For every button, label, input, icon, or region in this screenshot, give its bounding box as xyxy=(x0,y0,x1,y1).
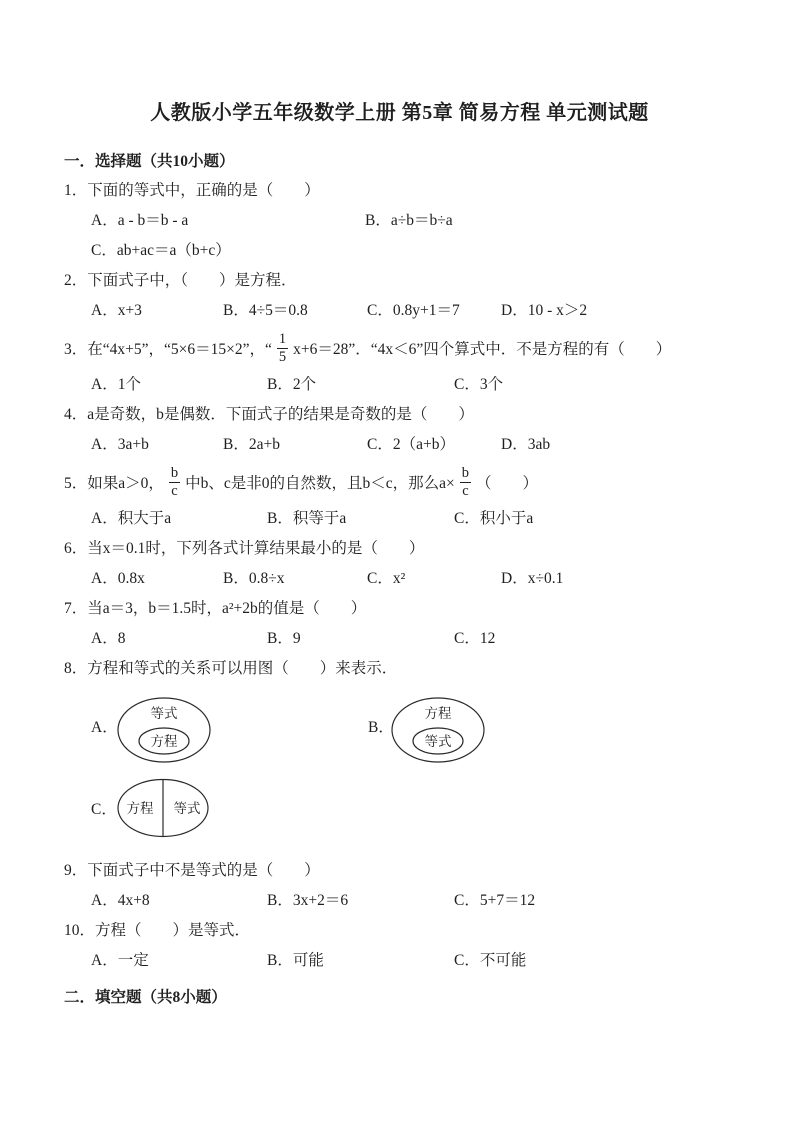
question-10-option-a: A．一定 xyxy=(91,946,149,976)
question-4-option-c: C．2（a+b） xyxy=(367,430,455,460)
outer-set-label: 等式 xyxy=(151,706,178,721)
question-5-stem: 5．如果a＞0， bc 中b、c是非0的自然数，且b＜c，那么a× bc （ ） xyxy=(64,460,735,504)
fraction-denominator: 5 xyxy=(277,348,288,366)
question-3-option-b: B．2个 xyxy=(267,370,316,400)
section-two-heading: 二．填空题（共8小题） xyxy=(64,984,735,1012)
question-3-stem-post: x+6＝28”．“4x＜6”四个算式中．不是方程的有（ ） xyxy=(293,337,671,359)
question-1-option-c: C．ab+ac＝a（b+c） xyxy=(91,236,231,266)
question-4-stem: 4．a是奇数，b是偶数．下面式子的结果是奇数的是（ ） xyxy=(64,400,735,430)
document-page: 人教版小学五年级数学上册 第5章 简易方程 单元测试题 一．选择题（共10小题）… xyxy=(0,0,793,1122)
question-5-option-a: A．积大于a xyxy=(91,504,171,534)
question-3-option-a: A．1个 xyxy=(91,370,141,400)
fraction-numerator: b xyxy=(460,465,471,482)
outer-set-label: 方程 xyxy=(425,706,452,721)
fraction-numerator: b xyxy=(169,465,180,482)
question-4-option-d: D．3ab xyxy=(501,430,550,460)
question-9-option-a: A．4x+8 xyxy=(91,886,150,916)
question-5-option-c: C．积小于a xyxy=(454,504,533,534)
question-9-stem: 9．下面式子中不是等式的是（ ） xyxy=(64,856,735,886)
question-3-stem-pre: 3．在“4x+5”，“5×6＝15×2”，“ xyxy=(64,337,272,359)
question-6-option-d: D．x÷0.1 xyxy=(501,564,563,594)
question-6-options-row: A．0.8x B．0.8÷x C．x² D．x÷0.1 xyxy=(64,564,735,594)
question-1-options-row-1: A．a - b＝b - a B．a÷b＝b÷a xyxy=(64,206,735,236)
question-1-stem: 1．下面的等式中，正确的是（ ） xyxy=(64,176,735,206)
question-4-options-row: A．3a+b B．2a+b C．2（a+b） D．3ab xyxy=(64,430,735,460)
section-one-heading: 一．选择题（共10小题） xyxy=(64,148,735,176)
fraction-denominator: c xyxy=(460,482,470,500)
question-7-stem: 7．当a＝3，b＝1.5时，a²+2b的值是（ ） xyxy=(64,594,735,624)
question-6-option-c: C．x² xyxy=(367,564,405,594)
venn-diagram-b: 方程 等式 xyxy=(390,696,486,766)
right-set-label: 等式 xyxy=(174,801,201,816)
diagram-c-label: C． xyxy=(91,802,117,818)
question-2-option-a: A．x+3 xyxy=(91,296,142,326)
question-3-stem: 3．在“4x+5”，“5×6＝15×2”，“ 15 x+6＝28”．“4x＜6”… xyxy=(64,326,735,370)
fraction-b-over-c-first: bc xyxy=(169,465,180,499)
question-1-options-row-2: C．ab+ac＝a（b+c） xyxy=(64,236,735,266)
question-10-option-c: C．不可能 xyxy=(454,946,526,976)
venn-diagram-a: 等式 方程 xyxy=(116,696,212,766)
question-1-option-b: B．a÷b＝b÷a xyxy=(365,206,453,236)
left-set-label: 方程 xyxy=(127,801,154,816)
question-2-option-b: B．4÷5＝0.8 xyxy=(223,296,308,326)
question-8-diagrams: A． 等式 方程 B． 方程 等式 C． 方程 等式 xyxy=(64,684,735,856)
question-5-options-row: A．积大于a B．积等于a C．积小于a xyxy=(64,504,735,534)
diagram-a-label: A． xyxy=(91,720,118,736)
question-2-option-c: C．0.8y+1＝7 xyxy=(367,296,460,326)
question-2-options-row: A．x+3 B．4÷5＝0.8 C．0.8y+1＝7 D．10 - x＞2 xyxy=(64,296,735,326)
question-7-option-a: A．8 xyxy=(91,624,125,654)
question-6-option-b: B．0.8÷x xyxy=(223,564,284,594)
fraction-numerator: 1 xyxy=(277,331,288,348)
question-6-option-a: A．0.8x xyxy=(91,564,145,594)
question-5-stem-pre: 5．如果a＞0， xyxy=(64,471,164,493)
question-1-option-a: A．a - b＝b - a xyxy=(91,206,188,236)
question-10-stem: 10．方程（ ）是等式． xyxy=(64,916,735,946)
question-5-stem-mid: 中b、c是非0的自然数，且b＜c，那么a× xyxy=(185,471,455,493)
question-4-option-b: B．2a+b xyxy=(223,430,280,460)
question-7-options-row: A．8 B．9 C．12 xyxy=(64,624,735,654)
question-7-option-c: C．12 xyxy=(454,624,495,654)
question-3-options-row: A．1个 B．2个 C．3个 xyxy=(64,370,735,400)
question-3-option-c: C．3个 xyxy=(454,370,503,400)
question-5-option-b: B．积等于a xyxy=(267,504,346,534)
question-10-option-b: B．可能 xyxy=(267,946,324,976)
document-content: 人教版小学五年级数学上册 第5章 简易方程 单元测试题 一．选择题（共10小题）… xyxy=(0,0,793,1012)
question-9-option-b: B．3x+2＝6 xyxy=(267,886,348,916)
venn-diagram-c: 方程 等式 xyxy=(116,778,212,842)
inner-set-label: 方程 xyxy=(151,734,178,749)
question-8-stem: 8．方程和等式的关系可以用图（ ）来表示． xyxy=(64,654,735,684)
question-6-stem: 6．当x＝0.1时，下列各式计算结果最小的是（ ） xyxy=(64,534,735,564)
question-5-stem-post: （ ） xyxy=(476,471,538,493)
question-9-options-row: A．4x+8 B．3x+2＝6 C．5+7＝12 xyxy=(64,886,735,916)
page-title: 人教版小学五年级数学上册 第5章 简易方程 单元测试题 xyxy=(64,100,735,126)
question-9-option-c: C．5+7＝12 xyxy=(454,886,535,916)
fraction-b-over-c-second: bc xyxy=(460,465,471,499)
fraction-denominator: c xyxy=(169,482,179,500)
question-10-options-row: A．一定 B．可能 C．不可能 xyxy=(64,946,735,976)
question-4-option-a: A．3a+b xyxy=(91,430,149,460)
inner-set-label: 等式 xyxy=(425,734,452,749)
question-7-option-b: B．9 xyxy=(267,624,301,654)
question-2-option-d: D．10 - x＞2 xyxy=(501,296,587,326)
question-2-stem: 2．下面式子中，（ ）是方程． xyxy=(64,266,735,296)
fraction-one-fifth: 15 xyxy=(277,331,288,365)
